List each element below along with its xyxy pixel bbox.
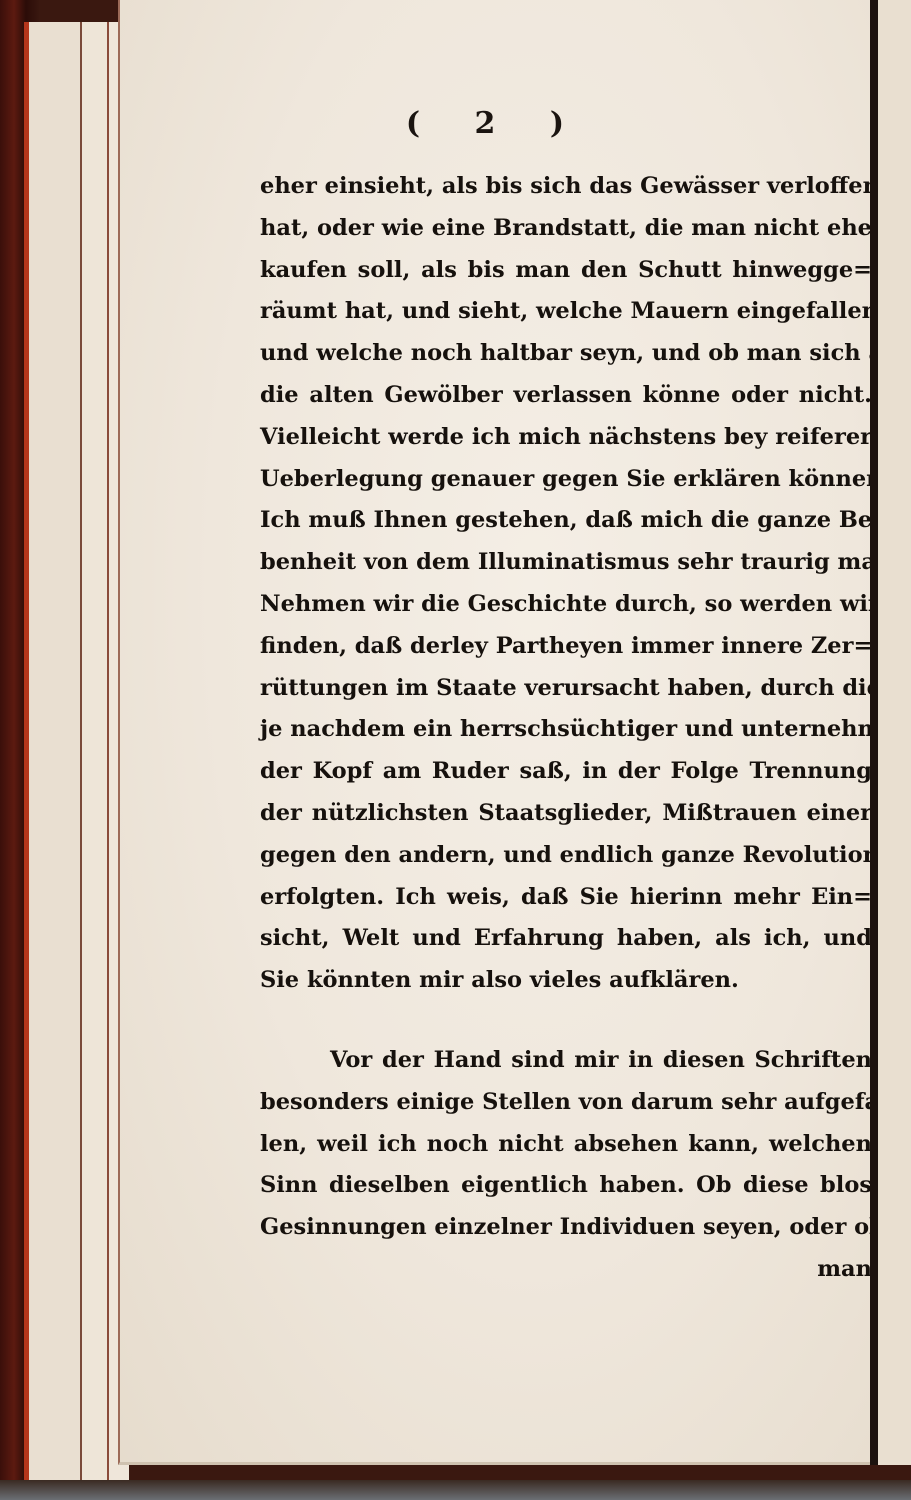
text-line: hat, oder wie eine Brandstatt, die man n…: [260, 208, 872, 250]
text-line: erfolgten. Ich weis, daß Sie hierinn meh…: [260, 877, 872, 919]
text-line: besonders einige Stellen von darum sehr …: [260, 1082, 872, 1124]
catchword: man: [260, 1249, 872, 1291]
gutter-shadow: [870, 0, 878, 1465]
text-line: Sie könnten mir also vieles aufklären.: [260, 960, 872, 1002]
text-line: Sinn dieselben eigentlich haben. Ob dies…: [260, 1165, 872, 1207]
text-line: eher einsieht, als bis sich das Gewässer…: [260, 166, 872, 208]
text-line: kaufen soll, als bis man den Schutt hinw…: [260, 250, 872, 292]
text-line: je nachdem ein herrschsüchtiger und unte…: [260, 709, 872, 751]
text-line: rüttungen im Staate verursacht haben, du…: [260, 668, 872, 710]
text-line: und welche noch haltbar seyn, und ob man…: [260, 333, 872, 375]
book-page: ( 2 ) eher einsieht, als bis sich das Ge…: [118, 0, 872, 1465]
paragraph-gap: [260, 1002, 872, 1040]
text-line: Gesinnungen einzelner Individuen seyen, …: [260, 1207, 872, 1249]
text-line: die alten Gewölber verlassen könne oder …: [260, 375, 872, 417]
text-line: Ueberlegung genauer gegen Sie erklären k…: [260, 459, 872, 501]
text-line: der nützlichsten Staatsglieder, Mißtraue…: [260, 793, 872, 835]
text-line: Ich muß Ihnen gestehen, daß mich die gan…: [260, 500, 872, 542]
body-text: eher einsieht, als bis sich das Gewässer…: [260, 166, 872, 1291]
text-line: sicht, Welt und Erfahrung haben, als ich…: [260, 918, 872, 960]
text-line: Nehmen wir die Geschichte durch, so werd…: [260, 584, 872, 626]
bottom-shadow: [0, 1480, 911, 1500]
text-line: der Kopf am Ruder saß, in der Folge Tren…: [260, 751, 872, 793]
text-line: Vor der Hand sind mir in diesen Schrifte…: [260, 1040, 872, 1082]
text-line: len, weil ich noch nicht absehen kann, w…: [260, 1124, 872, 1166]
text-line: gegen den andern, und endlich ganze Revo…: [260, 835, 872, 877]
facing-page-edge: [878, 0, 911, 1465]
text-line: Vielleicht werde ich mich nächstens bey …: [260, 417, 872, 459]
text-line: räumt hat, und sieht, welche Mauern eing…: [260, 291, 872, 333]
text-line: benheit von dem Illuminatismus sehr trau…: [260, 542, 872, 584]
text-line: finden, daß derley Partheyen immer inner…: [260, 626, 872, 668]
page-number: ( 2 ): [120, 106, 872, 141]
